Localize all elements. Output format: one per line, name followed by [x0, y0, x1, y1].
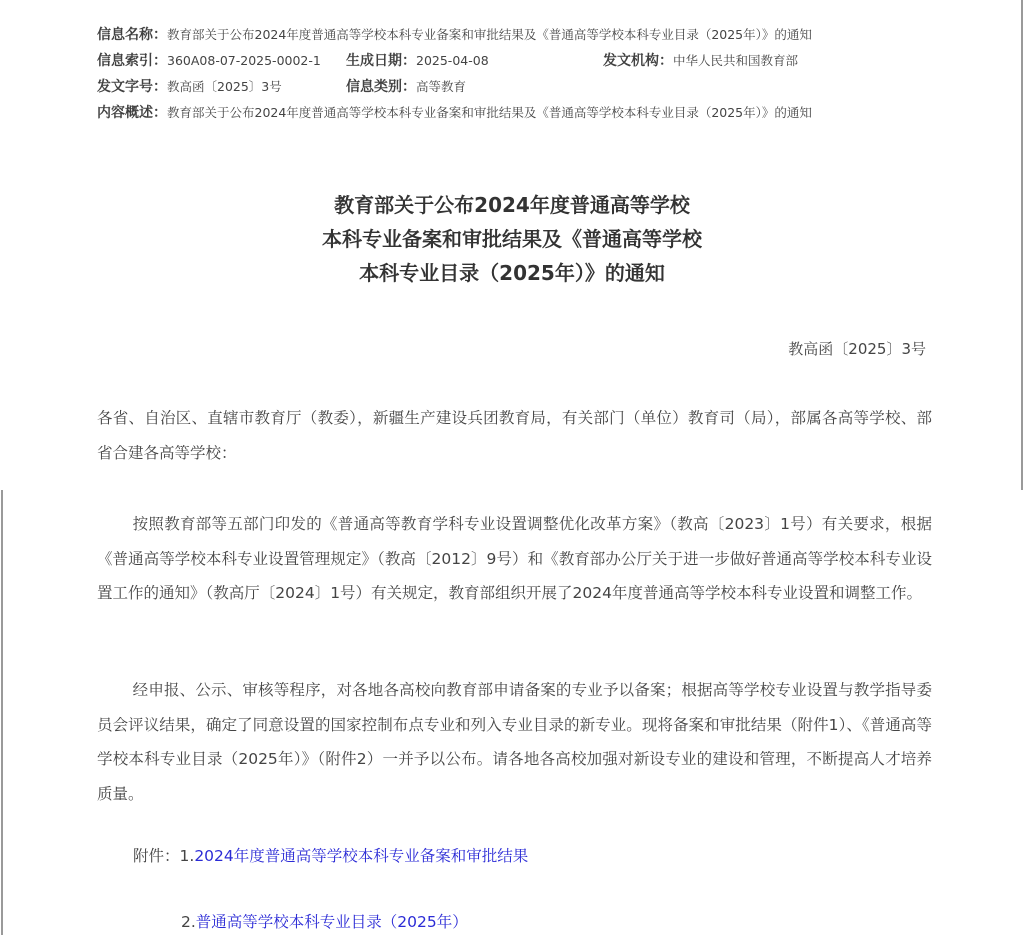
title-line-3: 本科专业目录（2025年）》的通知	[212, 256, 812, 290]
meta-name-value: 教育部关于公布2024年度普通高等学校本科专业备案和审批结果及《普通高等学校本科…	[167, 27, 812, 42]
meta-issuer-value: 中华人民共和国教育部	[673, 53, 798, 68]
meta-summary-value: 教育部关于公布2024年度普通高等学校本科专业备案和审批结果及《普通高等学校本科…	[167, 105, 812, 120]
meta-row-name: 信息名称：教育部关于公布2024年度普通高等学校本科专业备案和审批结果及《普通高…	[97, 22, 937, 48]
attachments-section: 附件：1.2024年度普通高等学校本科专业备案和审批结果 2.普通高等学校本科专…	[133, 840, 528, 935]
meta-issuer-label: 发文机构：	[603, 53, 673, 69]
meta-row-index: 信息索引：360A08-07-2025-0002-1 生成日期：2025-04-…	[97, 48, 937, 74]
meta-index-label: 信息索引：	[97, 53, 167, 69]
meta-row-docno: 发文字号：教高函〔2025〕3号 信息类别：高等教育	[97, 74, 937, 100]
title-line-1: 教育部关于公布2024年度普通高等学校	[212, 188, 812, 222]
meta-row-summary: 内容概述：教育部关于公布2024年度普通高等学校本科专业备案和审批结果及《普通高…	[97, 100, 937, 126]
attachment-number-2: 2.	[181, 913, 196, 931]
attachment-number-1: 1.	[180, 847, 195, 865]
window-border-right	[1021, 0, 1023, 490]
meta-date-label: 生成日期：	[346, 53, 416, 69]
body-paragraph-2: 经申报、公示、审核等程序，对各地各高校向教育部申请备案的专业予以备案；根据高等学…	[97, 673, 932, 811]
window-border-left	[1, 490, 3, 935]
salutation: 各省、自治区、直辖市教育厅（教委），新疆生产建设兵团教育局，有关部门（单位）教育…	[97, 401, 932, 470]
title-line-2: 本科专业备案和审批结果及《普通高等学校	[212, 222, 812, 256]
attachment-link-2[interactable]: 普通高等学校本科专业目录（2025年）	[196, 913, 468, 931]
meta-category-value: 高等教育	[416, 79, 466, 94]
attachment-link-1[interactable]: 2024年度普通高等学校本科专业备案和审批结果	[194, 847, 528, 865]
meta-date-value: 2025-04-08	[416, 53, 489, 68]
document-number: 教高函〔2025〕3号	[788, 338, 926, 359]
meta-summary-label: 内容概述：	[97, 105, 167, 121]
meta-docno-value: 教高函〔2025〕3号	[167, 79, 282, 94]
attachments-label: 附件：	[133, 847, 180, 865]
attachment-item-2: 2.普通高等学校本科专业目录（2025年）	[133, 906, 528, 935]
info-meta-block: 信息名称：教育部关于公布2024年度普通高等学校本科专业备案和审批结果及《普通高…	[97, 22, 937, 126]
meta-category-label: 信息类别：	[346, 79, 416, 95]
document-title: 教育部关于公布2024年度普通高等学校 本科专业备案和审批结果及《普通高等学校 …	[212, 188, 812, 290]
meta-index-value: 360A08-07-2025-0002-1	[167, 53, 321, 68]
meta-docno-label: 发文字号：	[97, 79, 167, 95]
meta-name-label: 信息名称：	[97, 27, 167, 43]
body-paragraph-1: 按照教育部等五部门印发的《普通高等教育学科专业设置调整优化改革方案》（教高〔20…	[97, 507, 932, 611]
attachment-item-1: 附件：1.2024年度普通高等学校本科专业备案和审批结果	[133, 840, 528, 872]
